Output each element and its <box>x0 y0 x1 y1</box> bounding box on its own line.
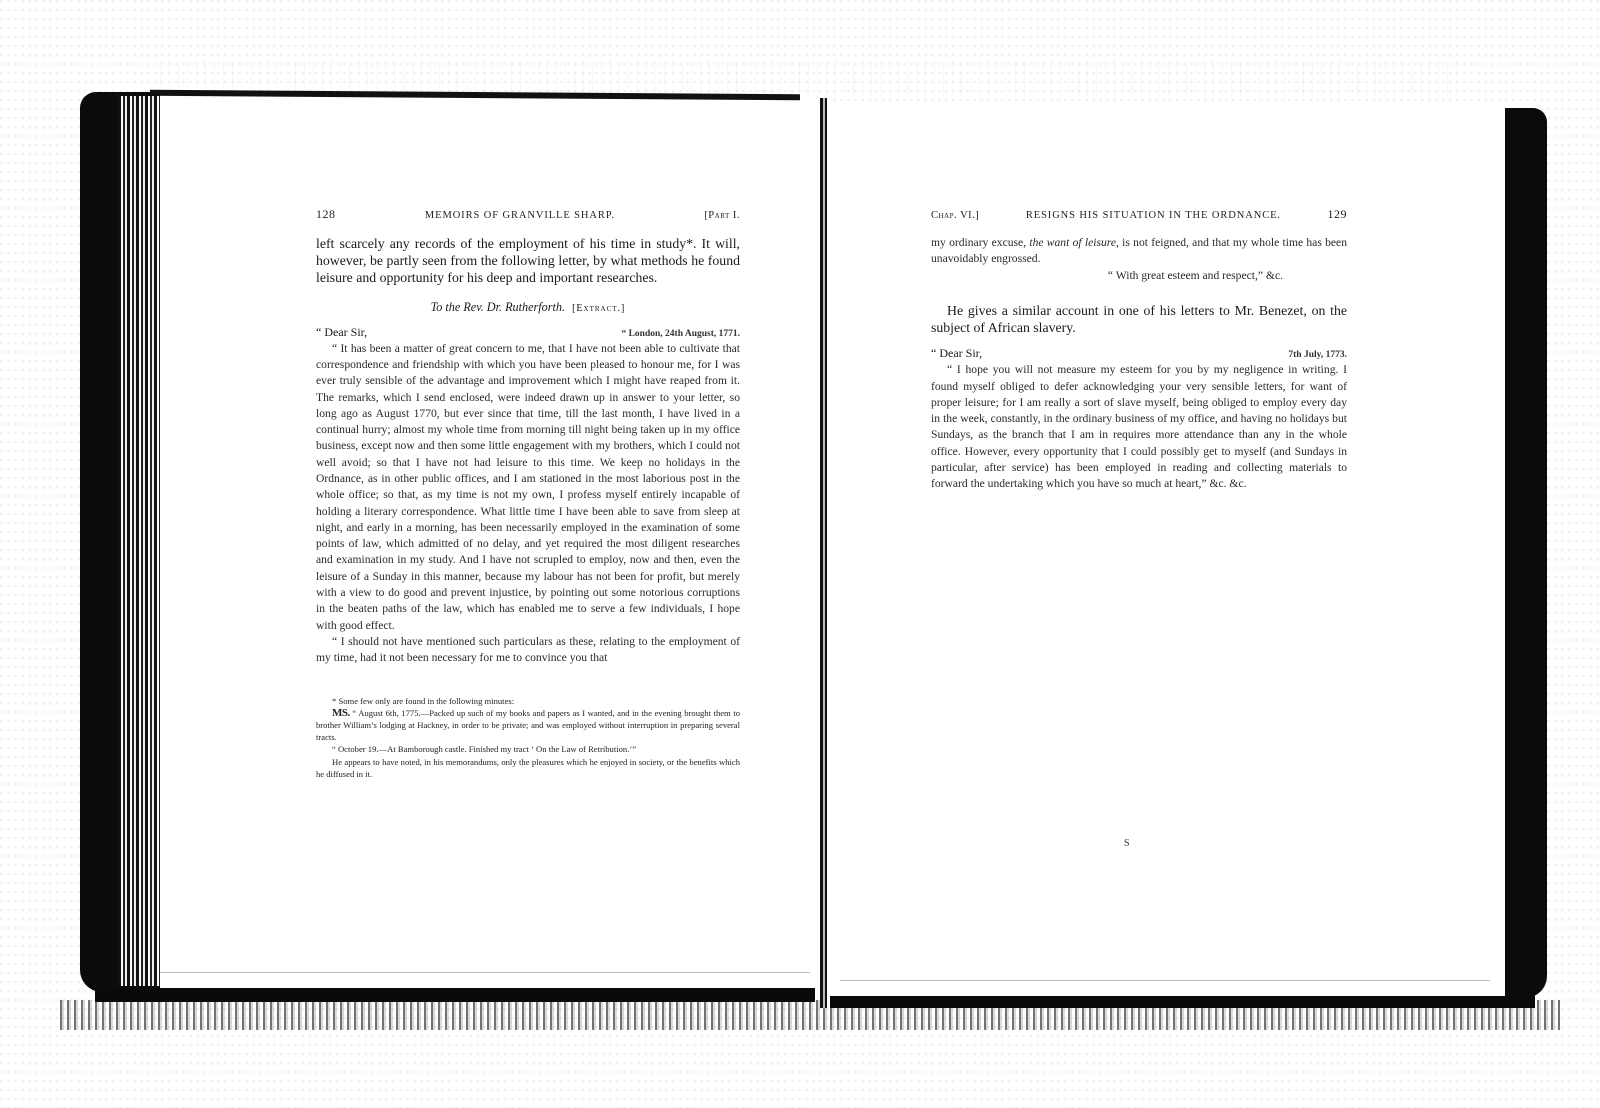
page-edges-left <box>118 96 160 986</box>
continuation-text: my ordinary excuse, <box>931 236 1029 249</box>
right-page-text: Chap. VI.] RESIGNS HIS SITUATION IN THE … <box>931 207 1347 493</box>
letter-paragraph: “ I should not have mentioned such parti… <box>316 634 740 667</box>
salutation: “ Dear Sir, <box>316 325 367 340</box>
footnotes: * Some few only are found in the followi… <box>316 695 740 780</box>
letter-paragraph: “ It has been a matter of great concern … <box>316 341 740 634</box>
footnote-remark: He appears to have noted, in his memoran… <box>316 756 740 780</box>
letter-body: “ I hope you will not measure my esteem … <box>931 362 1347 492</box>
signature-mark: S <box>1124 838 1130 849</box>
letter-addressee: To the Rev. Dr. Rutherforth. [Extract.] <box>316 300 740 315</box>
letter-closing: “ With great esteem and respect,” &c. <box>931 268 1347 284</box>
letter-header: “ Dear Sir, 7th July, 1773. <box>931 346 1347 361</box>
narrative-paragraph: He gives a similar account in one of his… <box>931 302 1347 336</box>
page-fold-line-right <box>840 980 1490 981</box>
second-letter: “ Dear Sir, 7th July, 1773. “ I hope you… <box>931 346 1347 492</box>
manuscript-mark: MS. <box>332 707 350 719</box>
salutation: “ Dear Sir, <box>931 346 982 361</box>
footnote-entry: MS. “ August 6th, 1775.—Packed up such o… <box>316 707 740 744</box>
addressee-name: To the Rev. Dr. Rutherforth. <box>431 300 565 314</box>
book-gutter <box>820 98 830 1008</box>
letter-continuation: my ordinary excuse, the want of leisure,… <box>931 235 1347 268</box>
page-fold-line-left <box>160 972 810 973</box>
footnote-intro: * Some few only are found in the followi… <box>316 695 740 707</box>
book-bottom-edge-right <box>830 996 1535 1008</box>
letter-date: “ London, 24th August, 1771. <box>621 329 740 339</box>
chapter-label: Chap. VI.] <box>931 210 979 221</box>
running-title: RESIGNS HIS SITUATION IN THE ORDNANCE. <box>1026 210 1281 221</box>
book-cover-right <box>1505 108 1547 998</box>
extract-label: [Extract.] <box>572 303 625 314</box>
letter-body: “ It has been a matter of great concern … <box>316 341 740 667</box>
left-running-head: 128 MEMOIRS OF GRANVILLE SHARP. [Part I. <box>316 207 740 222</box>
footnote-entry: “ October 19.—At Bamborough castle. Fini… <box>316 743 740 755</box>
letter-date: 7th July, 1773. <box>1288 350 1347 360</box>
part-label: [Part I. <box>704 210 740 221</box>
intro-paragraph: left scarcely any records of the employm… <box>316 235 740 287</box>
book-bottom-edge-left <box>95 988 815 1002</box>
page-number: 128 <box>316 207 336 222</box>
right-running-head: Chap. VI.] RESIGNS HIS SITUATION IN THE … <box>931 207 1347 222</box>
page-number: 129 <box>1328 207 1348 222</box>
letter-header: “ Dear Sir, “ London, 24th August, 1771. <box>316 325 740 340</box>
running-title: MEMOIRS OF GRANVILLE SHARP. <box>425 210 615 221</box>
footnote-entry-text: “ August 6th, 1775.—Packed up such of my… <box>316 708 740 742</box>
left-page-text: 128 MEMOIRS OF GRANVILLE SHARP. [Part I.… <box>316 207 740 780</box>
continuation-italic: the want of leisure <box>1029 236 1116 249</box>
